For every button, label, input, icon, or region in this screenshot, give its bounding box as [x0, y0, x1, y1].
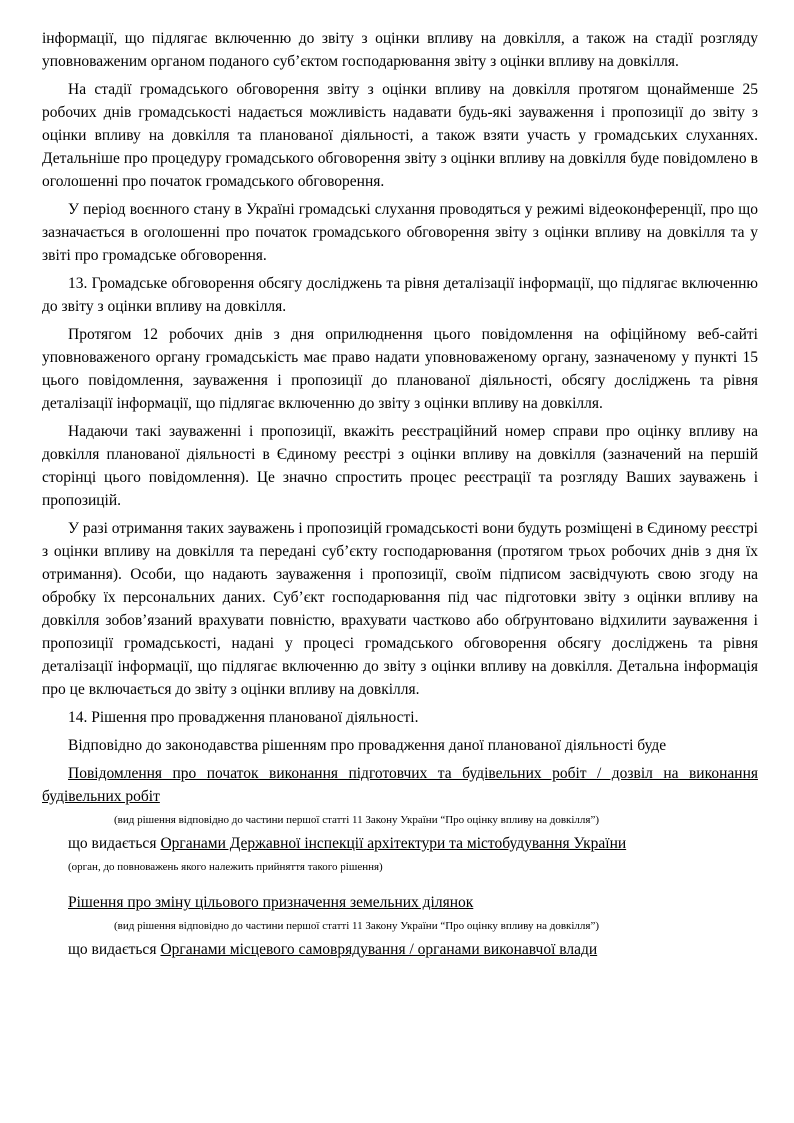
body-paragraph: На стадії громадського обговорення звіту…	[42, 78, 758, 193]
body-paragraph: інформації, що підлягає включенню до зві…	[42, 27, 758, 73]
issuer-name: Органами Державної інспекції архітектури…	[160, 835, 626, 852]
decision-title: Повідомлення про початок виконання підго…	[42, 762, 758, 808]
issuer-name: Органами місцевого самоврядування / орга…	[160, 941, 597, 958]
body-paragraph: Протягом 12 робочих днів з дня оприлюдне…	[42, 323, 758, 415]
decision-authority-note: (орган, до повноважень якого належить пр…	[42, 860, 758, 874]
document-page: інформації, що підлягає включенню до зві…	[0, 0, 794, 1123]
body-paragraph-item-13: 13. Громадське обговорення обсягу дослід…	[42, 272, 758, 318]
body-paragraph: У період воєнного стану в Україні громад…	[42, 198, 758, 267]
decision-type-note: (вид рішення відповідно до частини першо…	[42, 813, 758, 827]
body-paragraph: Надаючи такі зауваженні і пропозиції, вк…	[42, 420, 758, 512]
decision-type-note: (вид рішення відповідно до частини першо…	[42, 919, 758, 933]
decision-title: Рішення про зміну цільового призначення …	[42, 891, 758, 914]
decision-issuer-line: що видаєтьсяОрганами Державної інспекції…	[42, 832, 758, 855]
body-paragraph: У разі отримання таких зауважень і пропо…	[42, 517, 758, 701]
body-paragraph: Відповідно до законодавства рішенням про…	[42, 734, 758, 757]
issuer-prefix: що видається	[68, 835, 156, 852]
document-body: інформації, що підлягає включенню до зві…	[42, 27, 758, 961]
decision-issuer-line: що видаєтьсяОрганами місцевого самовряду…	[42, 938, 758, 961]
body-paragraph-item-14: 14. Рішення про провадження планованої д…	[42, 706, 758, 729]
issuer-prefix: що видається	[68, 941, 156, 958]
